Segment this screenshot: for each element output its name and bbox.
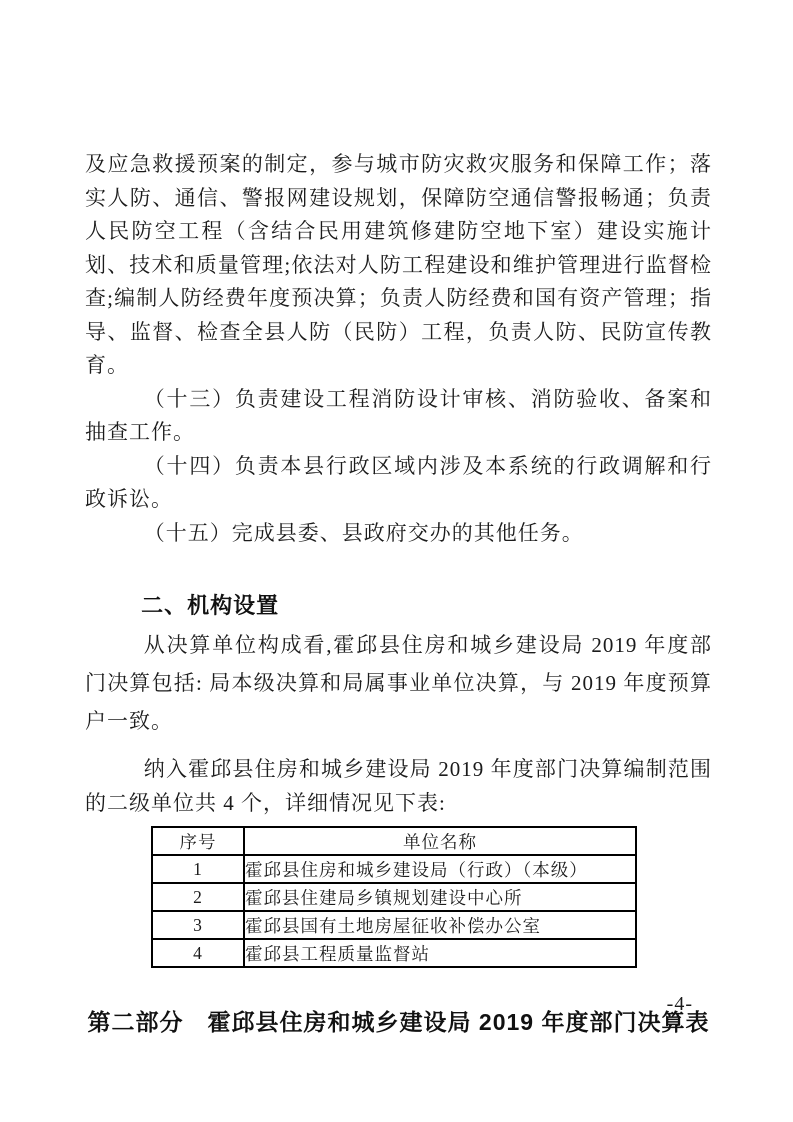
paragraph-item-14: （十四）负责本县行政区域内涉及本系统的行政调解和行政诉讼。 — [85, 450, 712, 517]
document-body: 及应急救援预案的制定，参与城市防灾救灾服务和保障工作；落实人防、通信、警报网建设… — [85, 148, 712, 1037]
unit-row-4-name: 霍邱县工程质量监督站 — [244, 939, 636, 967]
document-page: 及应急救援预案的制定，参与城市防灾救灾服务和保障工作；落实人防、通信、警报网建设… — [0, 0, 793, 1122]
table-row: 4 霍邱县工程质量监督站 — [152, 939, 636, 967]
page-number: -4- — [667, 993, 693, 1016]
paragraph-budget-overview: 从决算单位构成看,霍邱县住房和城乡建设局 2019 年度部门决算包括: 局本级决… — [85, 626, 712, 740]
part2-heading: 第二部分 霍邱县住房和城乡建设局 2019 年度部门决算表 — [85, 1004, 712, 1037]
paragraph-continuation: 及应急救援预案的制定，参与城市防灾救灾服务和保障工作；落实人防、通信、警报网建设… — [85, 148, 712, 383]
unit-row-2-name: 霍邱县住建局乡镇规划建设中心所 — [244, 883, 636, 911]
table-row: 1 霍邱县住房和城乡建设局（行政）（本级） — [152, 855, 636, 883]
paragraph-item-15: （十五）完成县委、县政府交办的其他任务。 — [85, 517, 712, 551]
unit-row-4-no: 4 — [152, 939, 244, 967]
unit-row-1-no: 1 — [152, 855, 244, 883]
table-row: 3 霍邱县国有土地房屋征收补偿办公室 — [152, 911, 636, 939]
paragraph-item-13: （十三）负责建设工程消防设计审核、消防验收、备案和抽查工作。 — [85, 383, 712, 450]
section-heading-organization: 二、机构设置 — [85, 589, 712, 623]
unit-row-3-no: 3 — [152, 911, 244, 939]
paragraph-table-intro: 纳入霍邱县住房和城乡建设局 2019 年度部门决算编制范围的二级单位共 4 个，… — [85, 752, 712, 820]
unit-row-3-name: 霍邱县国有土地房屋征收补偿办公室 — [244, 911, 636, 939]
table-row: 2 霍邱县住建局乡镇规划建设中心所 — [152, 883, 636, 911]
unit-table: 序号 单位名称 1 霍邱县住房和城乡建设局（行政）（本级） 2 霍邱县住建局乡镇… — [151, 826, 637, 968]
unit-table-header-row: 序号 单位名称 — [152, 827, 636, 855]
unit-table-header-name: 单位名称 — [244, 827, 636, 855]
unit-table-header-no: 序号 — [152, 827, 244, 855]
unit-row-1-name: 霍邱县住房和城乡建设局（行政）（本级） — [244, 855, 636, 883]
unit-row-2-no: 2 — [152, 883, 244, 911]
